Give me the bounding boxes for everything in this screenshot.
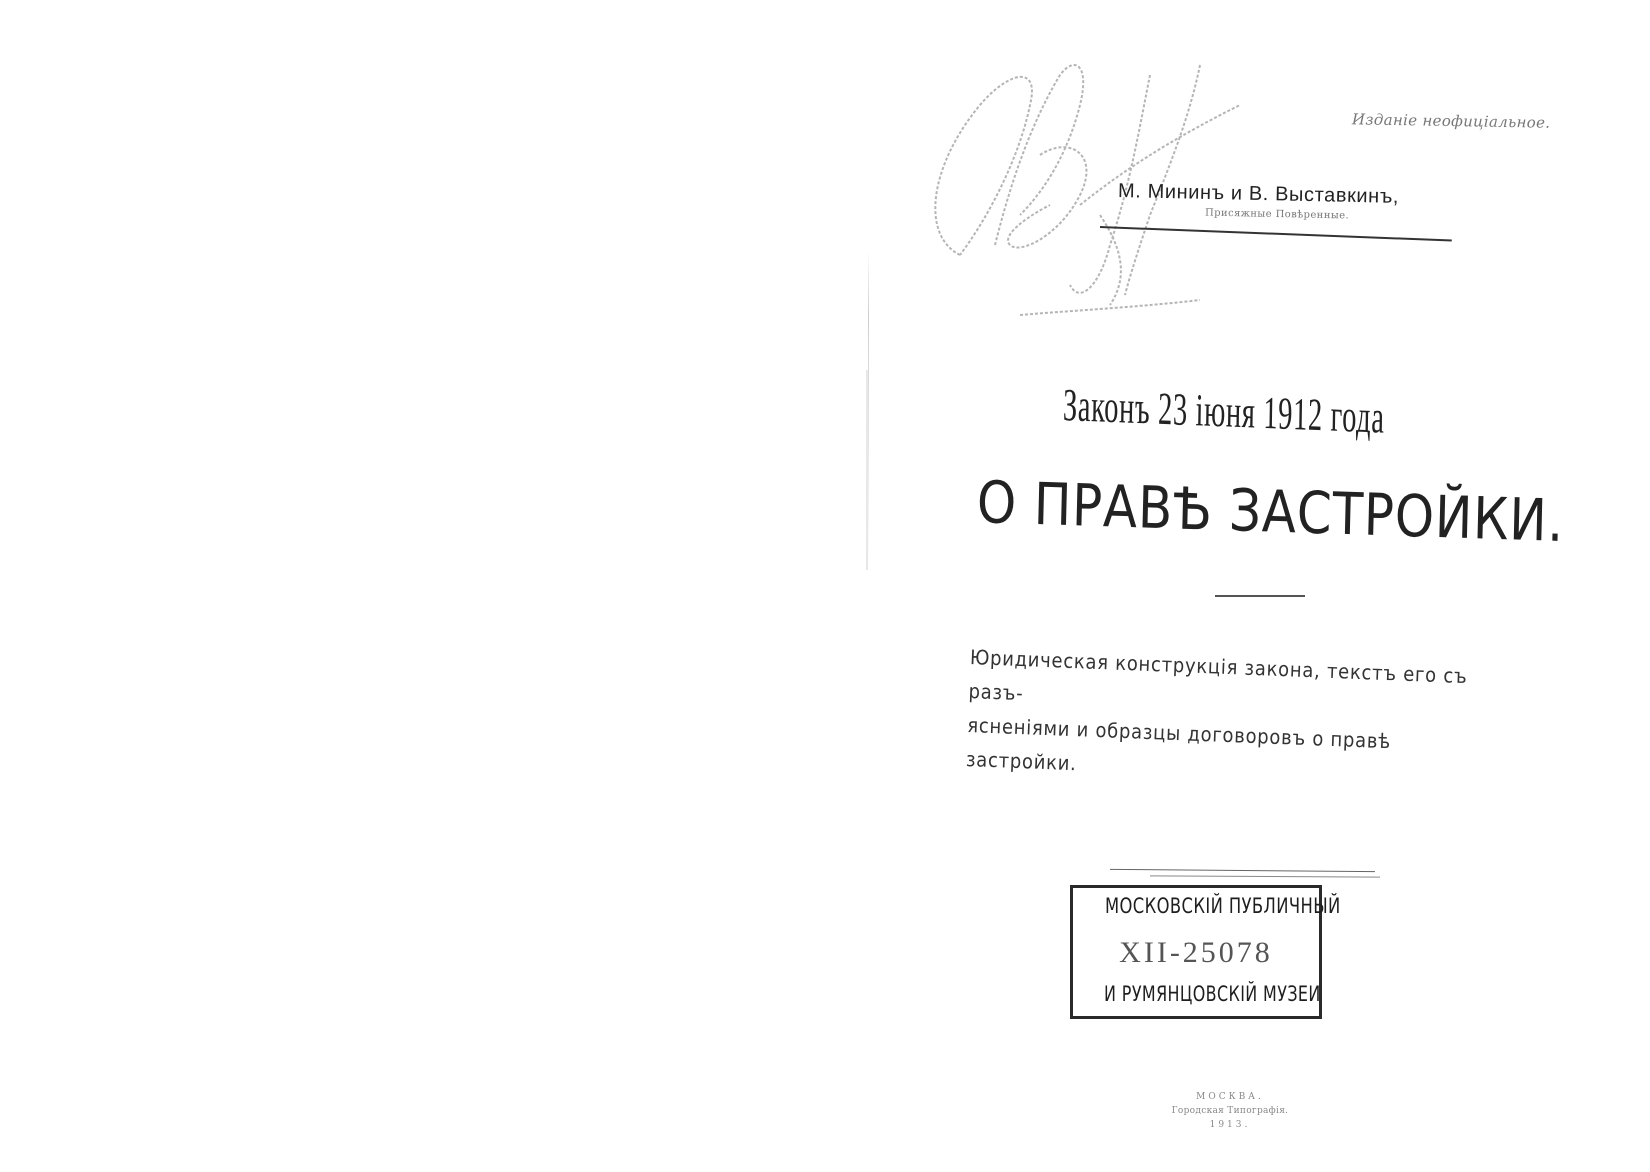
- library-stamp: МОСКОВСКІЙ ПУБЛИЧНЫЙ XII-25078 И РУМЯНЦО…: [1070, 885, 1322, 1019]
- title-line-2: О ПРАВѢ ЗАСТРОЙКИ.: [976, 468, 1565, 555]
- imprint-city: МОСКВА.: [1160, 1090, 1300, 1104]
- edition-note: Изданіе неофиціальное.: [1352, 110, 1551, 131]
- imprint: МОСКВА. Городская Типографія. 1913.: [1160, 1090, 1300, 1132]
- divider-rule-short: [1215, 595, 1305, 597]
- gutter-mark: [868, 250, 869, 570]
- imprint-printer: Городская Типографія.: [1160, 1104, 1300, 1118]
- book-spread: Изданіе неофиціальное. М. Мининъ и В. Вы…: [0, 0, 1650, 1172]
- gutter-mark: [866, 370, 868, 570]
- stamp-shelfmark: XII-25078: [1073, 936, 1319, 970]
- stamp-bottom-text: И РУМЯНЦОВСКІЙ МУЗЕИ: [1104, 982, 1288, 1006]
- title-line-1: Законъ 23 іюня 1912 года: [1063, 378, 1386, 444]
- imprint-year: 1913.: [1160, 1118, 1300, 1132]
- stamp-rule: [1150, 875, 1380, 877]
- stamp-rule: [1110, 869, 1375, 872]
- subtitle: Юридическая конструкція закона, текстъ е…: [965, 640, 1510, 797]
- stamp-top-text: МОСКОВСКІЙ ПУБЛИЧНЫЙ: [1105, 894, 1289, 918]
